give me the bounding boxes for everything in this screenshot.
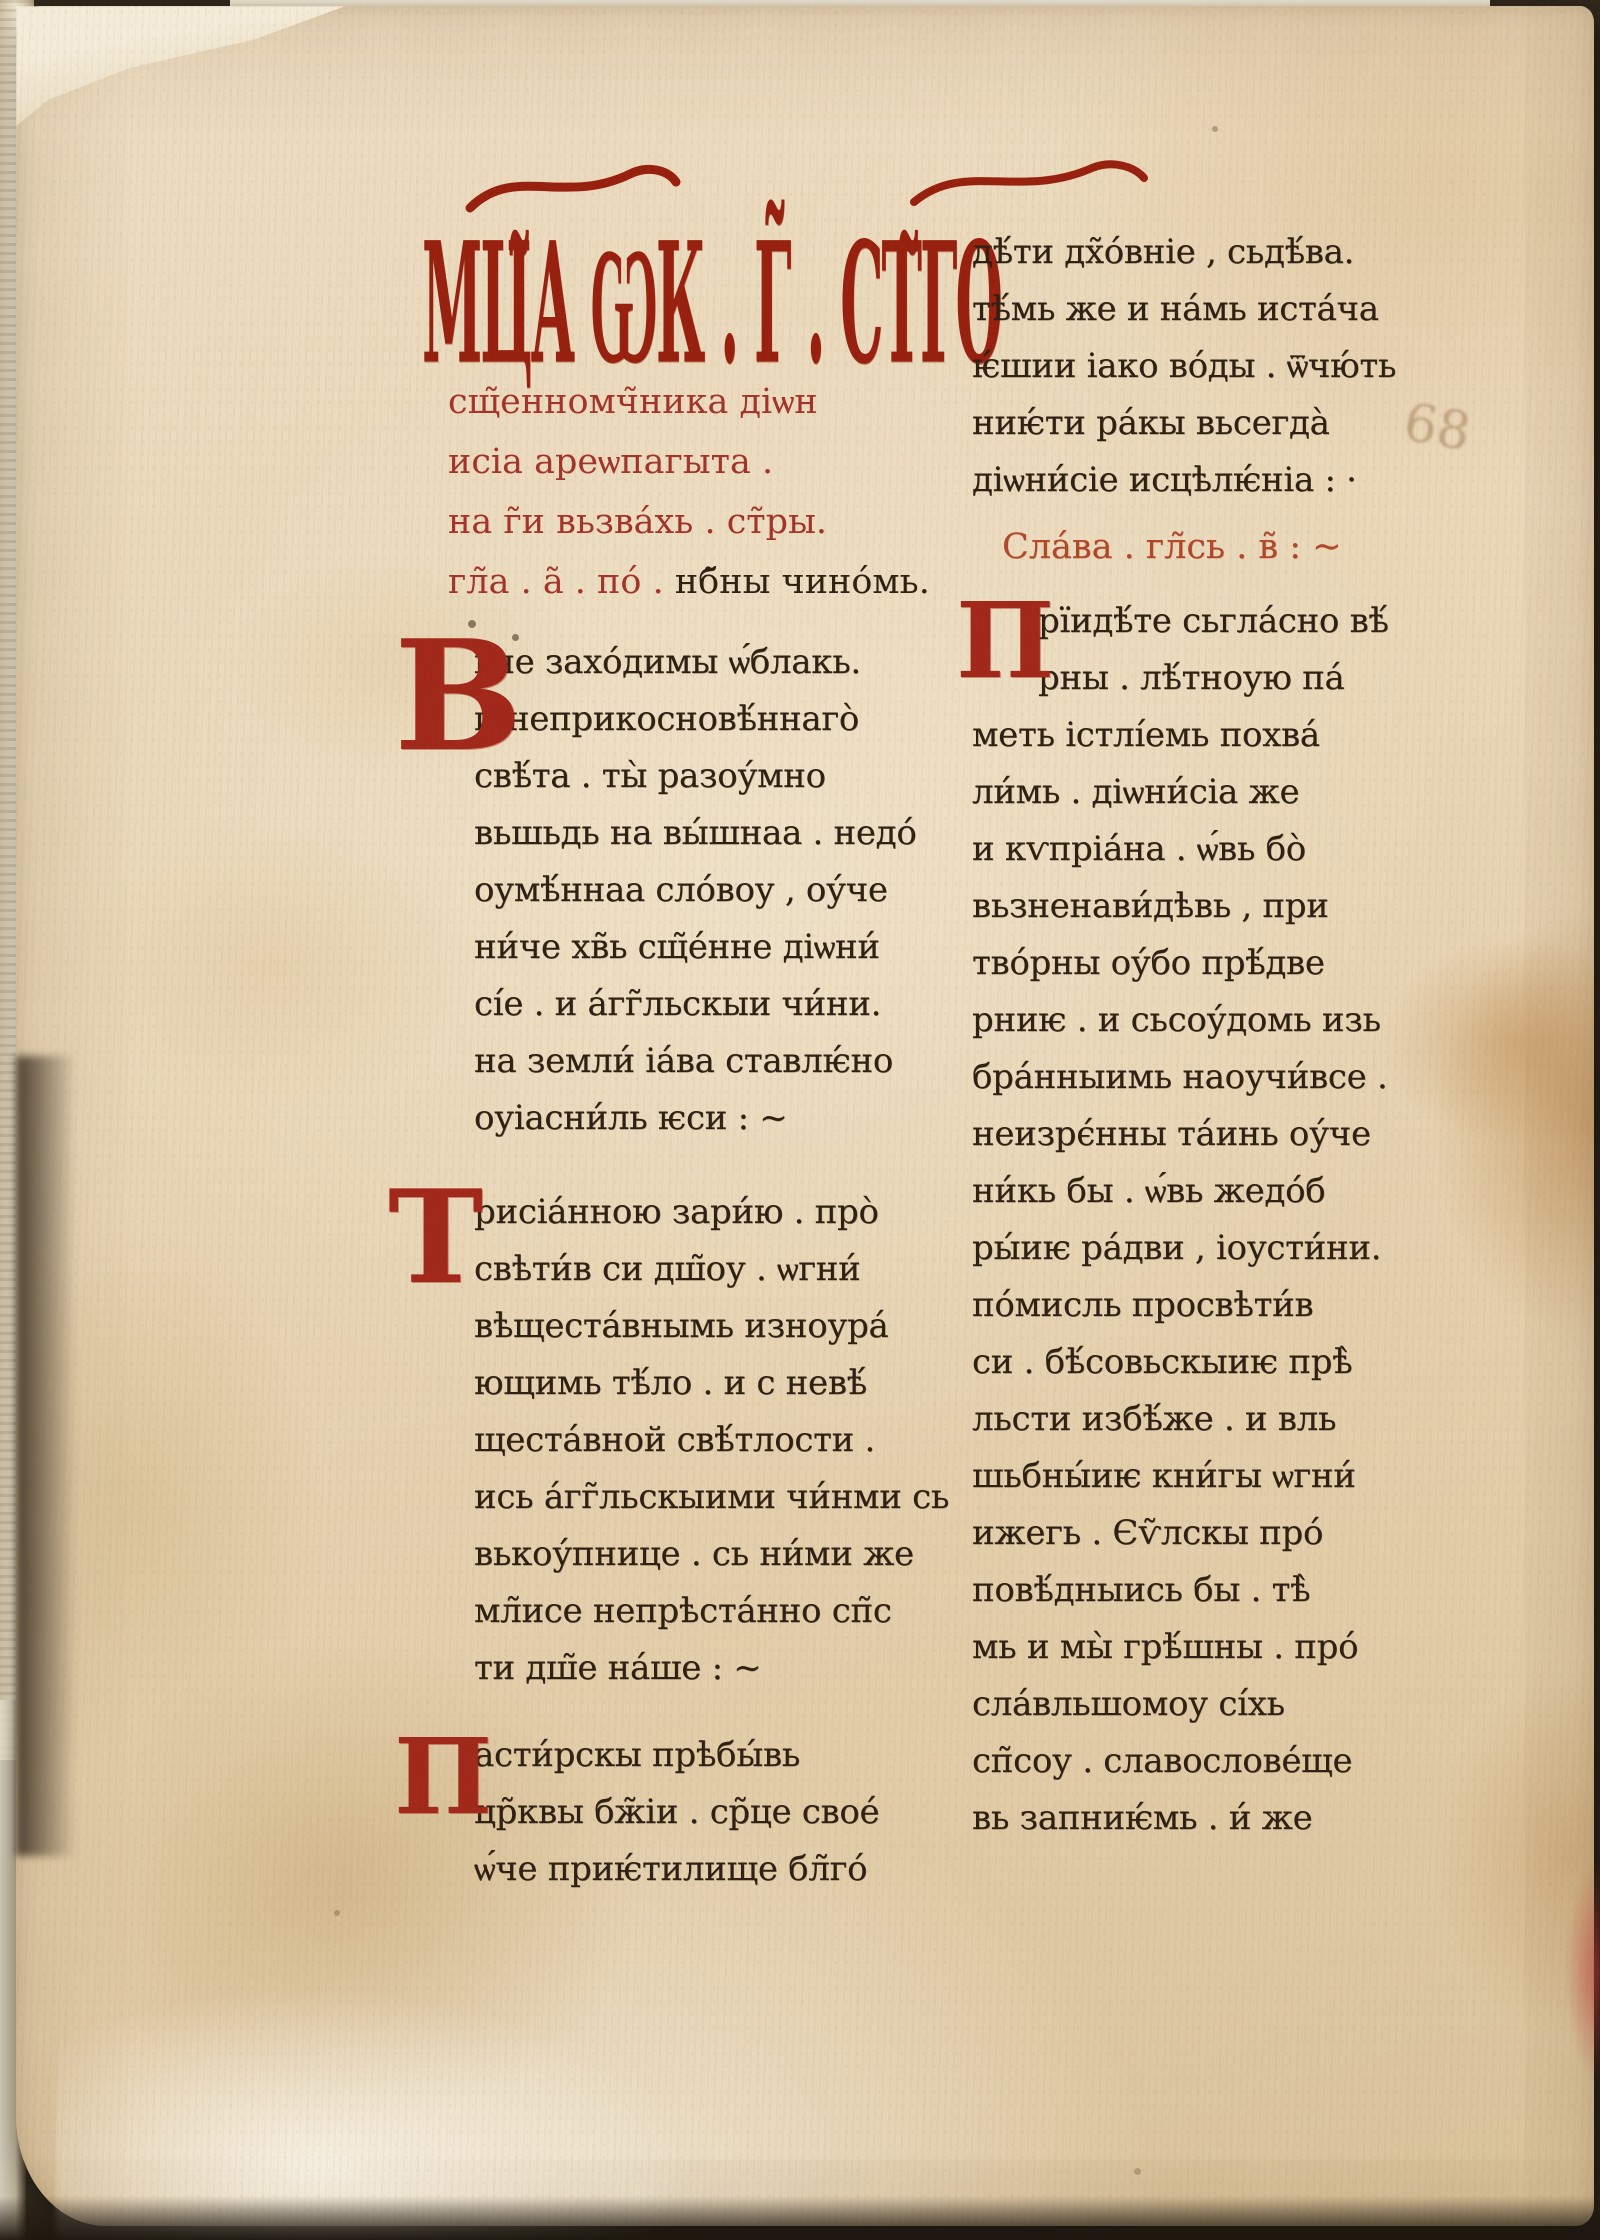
text-line: рниѥ . и сьсоу́домь изь — [972, 992, 1342, 1049]
red-edge-smear — [1566, 1862, 1600, 2082]
text-line: свѣ́та . ты̀ разоу́мно — [474, 748, 834, 805]
text-line: меть істлі́емь похва́ — [972, 707, 1342, 764]
text-line: бра́нныимь наоучи́все . — [972, 1049, 1342, 1106]
rubric-block: сщ̃енномч̃ника діѡнисіа ареѡпагыта .на г… — [448, 372, 930, 612]
heading-vyaz: МЦ̃А ѠК . Г̃ . СТ̃ГО — [422, 220, 1001, 386]
drop-cap-initial: В — [394, 620, 522, 772]
text-line: и кѵпріа́на . ѡ́вь бо̀ — [972, 821, 1342, 878]
text-line: неизрє́нны та́инь оу́че — [972, 1106, 1342, 1163]
ink-speck — [334, 1910, 340, 1916]
text-line: рисіа́нною зари́ю . про̀ — [474, 1184, 834, 1241]
ink-speck — [468, 620, 476, 628]
left-edge-shadow — [16, 1056, 76, 1856]
text-line: на земли́ іа́ва ставлѥ́но — [474, 1033, 834, 1090]
text-line: по́мисль просвѣти́в — [972, 1277, 1342, 1334]
rubric-line-mixed: гл̃а . а̃ . по́ . нб̃ны чино́мь. — [448, 552, 930, 612]
text-line: дѣ́ти дх̃о́вніе , сьдѣ́ва. — [972, 224, 1342, 281]
text-line: ѡ́че приѥ́тилище бл̃го́ — [474, 1841, 834, 1898]
text-line: ти дш̃е на́ше : ~ — [474, 1640, 834, 1697]
text-line: ѥ́шии іако во́ды . ѿчю́ть — [972, 338, 1342, 395]
text-line: шьбны́иѥ кни́гы ѡгни́ — [972, 1448, 1342, 1505]
sticheron-1: В ьне захо́димы ѡ́блакь.и неприкосновѣ́н… — [474, 634, 834, 1147]
column-opening: дѣ́ти дх̃о́вніе , сьдѣ́ва.тѣ́мь же и на́… — [972, 224, 1342, 509]
page-corner-flap — [16, 6, 346, 126]
text-line: вькоу́пнице . сь ни́ми же — [474, 1526, 834, 1583]
drop-cap-initial: П — [394, 1725, 492, 1829]
manuscript-leaf: МЦ̃А ѠК . Г̃ . СТ̃ГО сщ̃енномч̃ника діѡн… — [16, 6, 1594, 2226]
rubric-line: сщ̃енномч̃ника діѡн — [448, 372, 930, 432]
marginal-foliation-mark: 68 — [1399, 393, 1475, 464]
bottom-edge-shadow — [0, 2196, 1600, 2240]
left-text-column: В ьне захо́димы ѡ́блакь.и неприкосновѣ́н… — [474, 634, 834, 1898]
text-line: сп̃соу . славослове́ще — [972, 1733, 1342, 1790]
drop-cap-initial: Т — [388, 1174, 483, 1302]
text-line: тѣ́мь же и на́мь иста́ча — [972, 281, 1342, 338]
text-line: оуіасни́ль ѥси : ~ — [474, 1090, 834, 1147]
text-line: цр̃квы бж̃іи . ср̃це свое́ — [474, 1784, 834, 1841]
rubric-gls: гл̃а . а̃ . по́ . — [448, 562, 675, 602]
text-line: ись а́гг̃льскыими чи́нми сь — [474, 1469, 834, 1526]
sticheron-2: Т рисіа́нною зари́ю . про̀свѣти́в си дш̃… — [474, 1184, 834, 1697]
text-line: ни́кь бы . ѡ́вь жедо́б — [972, 1163, 1342, 1220]
text-line: вьзненави́дѣвь , при — [972, 878, 1342, 935]
ink-speck — [1134, 2168, 1141, 2175]
text-line: льсти избѣ́же . и вль — [972, 1391, 1342, 1448]
text-line: и неприкосновѣ́ннаго̀ — [474, 691, 834, 748]
sticheron-slava: П рїидѣ́те сьгла́сно вѣ́рны . лѣ́тноую п… — [972, 593, 1342, 1847]
sticheron-3: П асти́рскы прѣбы́вьцр̃квы бж̃іи . ср̃це… — [474, 1727, 834, 1898]
text-line: вь запниѥ́мь . и́ же — [972, 1790, 1342, 1847]
ink-speck — [512, 634, 519, 641]
text-line: щеста́вной свѣ́тлости . — [474, 1412, 834, 1469]
rubric-podoben: нб̃ны чино́мь. — [675, 562, 930, 602]
text-line: си . бѣ́совьскыиѥ прѣ̀ — [972, 1334, 1342, 1391]
drop-cap-initial: П — [956, 589, 1054, 693]
text-line: оумѣ́ннаа сло́воу , оу́че — [474, 862, 834, 919]
text-line: свѣти́в си дш̃оу . ѡгни́ — [474, 1241, 834, 1298]
text-line: діѡни́сіе исцѣлѥ́ніа : · — [972, 452, 1342, 509]
text-line: ры́иѥ ра́дви , іоусти́ни. — [972, 1220, 1342, 1277]
slava-rubric: Сла́ва . гл̃сь . в̃ : ~ — [972, 515, 1342, 579]
text-line: асти́рскы прѣбы́вь — [474, 1727, 834, 1784]
text-line: ижегь . Єѵ̃лскы про́ — [972, 1505, 1342, 1562]
text-line: мь и мы̀ грѣ́шны . про́ — [972, 1619, 1342, 1676]
text-line: ющимь тѣ́ло . и с невѣ́ — [474, 1355, 834, 1412]
text-line: тво́рны оу́бо прѣ́две — [972, 935, 1342, 992]
text-line: сла́вльшомоу сі́хь — [972, 1676, 1342, 1733]
text-line: ьне захо́димы ѡ́блакь. — [474, 634, 834, 691]
text-line: сі́е . и а́гг̃льскыи чи́ни. — [474, 976, 834, 1033]
text-line: мл̃исе непрѣста́нно сп̃с — [474, 1583, 834, 1640]
right-text-column: дѣ́ти дх̃о́вніе , сьдѣ́ва.тѣ́мь же и на́… — [972, 224, 1342, 1847]
text-line: ниѥ́ти ра́кы вьсегда̀ — [972, 395, 1342, 452]
text-line: вьшьдь на вы́шнаа . недо́ — [474, 805, 834, 862]
text-line: ли́мь . діѡни́сіа же — [972, 764, 1342, 821]
text-line: ни́че хв̃ь сщ̃е́нне діѡни́ — [474, 919, 834, 976]
rubric-line: исіа ареѡпагыта . — [448, 432, 930, 492]
ink-speck — [1212, 126, 1218, 132]
rubric-line: на г̃и вьзва́хь . ст̃ры. — [448, 492, 930, 552]
text-line: повѣ́дныись бы . тѣ̀ — [972, 1562, 1342, 1619]
text-line: вѣщеста́внымь изноура́ — [474, 1298, 834, 1355]
